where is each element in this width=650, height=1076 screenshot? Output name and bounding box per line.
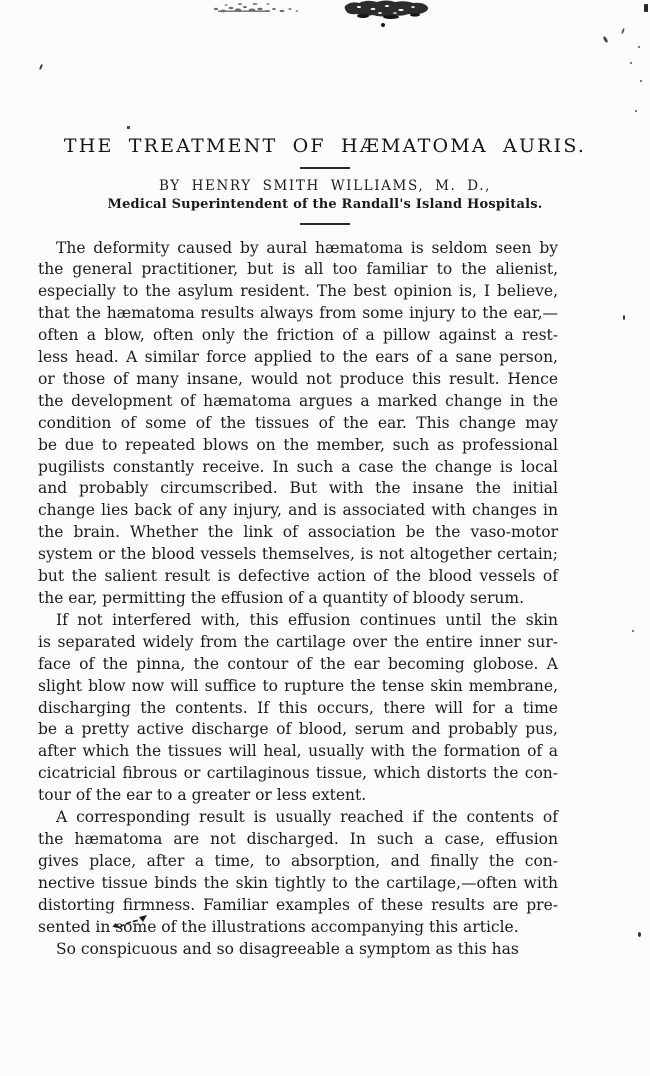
edge-speck xyxy=(632,630,634,632)
text-line: gives place, after a time, to absorption… xyxy=(38,851,558,873)
text-line: after which the tissues will heal, usual… xyxy=(38,741,558,763)
text-line: be due to repeated blows on the member, … xyxy=(38,435,558,457)
text-line: is separated widely from the cartilage o… xyxy=(38,632,558,654)
edge-speck xyxy=(635,110,637,112)
text-line: or those of many insane, would not produ… xyxy=(38,369,558,391)
text-line: the ear, permitting the effusion of a qu… xyxy=(38,588,558,610)
text-line: the development of hæmatoma argues a mar… xyxy=(38,391,558,413)
edge-speck xyxy=(640,80,642,82)
edge-speck xyxy=(630,62,632,64)
byline: BY HENRY SMITH WILLIAMS, M. D., xyxy=(0,178,650,194)
scanned-page: THE TREATMENT OF HÆMATOMA AURIS. BY HENR… xyxy=(0,0,650,1076)
text-line: the general practitioner, but is all too… xyxy=(38,259,558,281)
text-line: change lies back of any injury, and is a… xyxy=(38,500,558,522)
divider-rule-bottom xyxy=(300,223,350,225)
scan-smudge-left xyxy=(210,0,305,18)
edge-speck xyxy=(638,46,640,48)
scan-smudge-right xyxy=(343,0,431,20)
text-line: cicatricial fibrous or cartilaginous tis… xyxy=(38,763,558,785)
text-line: the brain. Whether the link of associati… xyxy=(38,522,558,544)
text-line: The deformity caused by aural hæmatoma i… xyxy=(38,238,558,260)
text-line: discharging the contents. If this occurs… xyxy=(38,698,558,720)
text-line: face of the pinna, the contour of the ea… xyxy=(38,654,558,676)
text-line: that the hæmatoma results always from so… xyxy=(38,303,558,325)
text-line: If not interfered with, this effusion co… xyxy=(38,610,558,632)
text-line: often a blow, often only the friction of… xyxy=(38,325,558,347)
pen-scribble xyxy=(106,908,154,934)
affiliation: Medical Superintendent of the Randall's … xyxy=(0,197,650,212)
text-line: and probably circumscribed. But with the… xyxy=(38,478,558,500)
text-line: be a pretty active discharge of blood, s… xyxy=(38,719,558,741)
text-line: tour of the ear to a greater or less ext… xyxy=(38,785,558,807)
text-line: the hæmatoma are not discharged. In such… xyxy=(38,829,558,851)
edge-speck xyxy=(644,4,648,12)
edge-speck xyxy=(127,126,130,129)
text-line: system or the blood vessels themselves, … xyxy=(38,544,558,566)
text-line: especially to the asylum resident. The b… xyxy=(38,281,558,303)
ink-dot xyxy=(381,23,385,27)
text-line: pugilists constantly receive. In such a … xyxy=(38,457,558,479)
divider-rule-top xyxy=(300,167,350,169)
text-line: condition of some of the tissues of the … xyxy=(38,413,558,435)
article-header: THE TREATMENT OF HÆMATOMA AURIS. BY HENR… xyxy=(0,0,650,225)
article-body: The deformity caused by aural hæmatoma i… xyxy=(38,238,558,961)
text-line: less head. A similar force applied to th… xyxy=(38,347,558,369)
text-line: but the salient result is defective acti… xyxy=(38,566,558,588)
edge-speck xyxy=(623,315,625,320)
page-title: THE TREATMENT OF HÆMATOMA AURIS. xyxy=(0,134,650,158)
text-line: slight blow now will suffice to rupture … xyxy=(38,676,558,698)
text-line: So conspicuous and so disagreeable a sym… xyxy=(38,939,558,961)
edge-speck xyxy=(638,932,641,937)
text-line: nective tissue binds the skin tightly to… xyxy=(38,873,558,895)
text-line: A corresponding result is usually reache… xyxy=(38,807,558,829)
